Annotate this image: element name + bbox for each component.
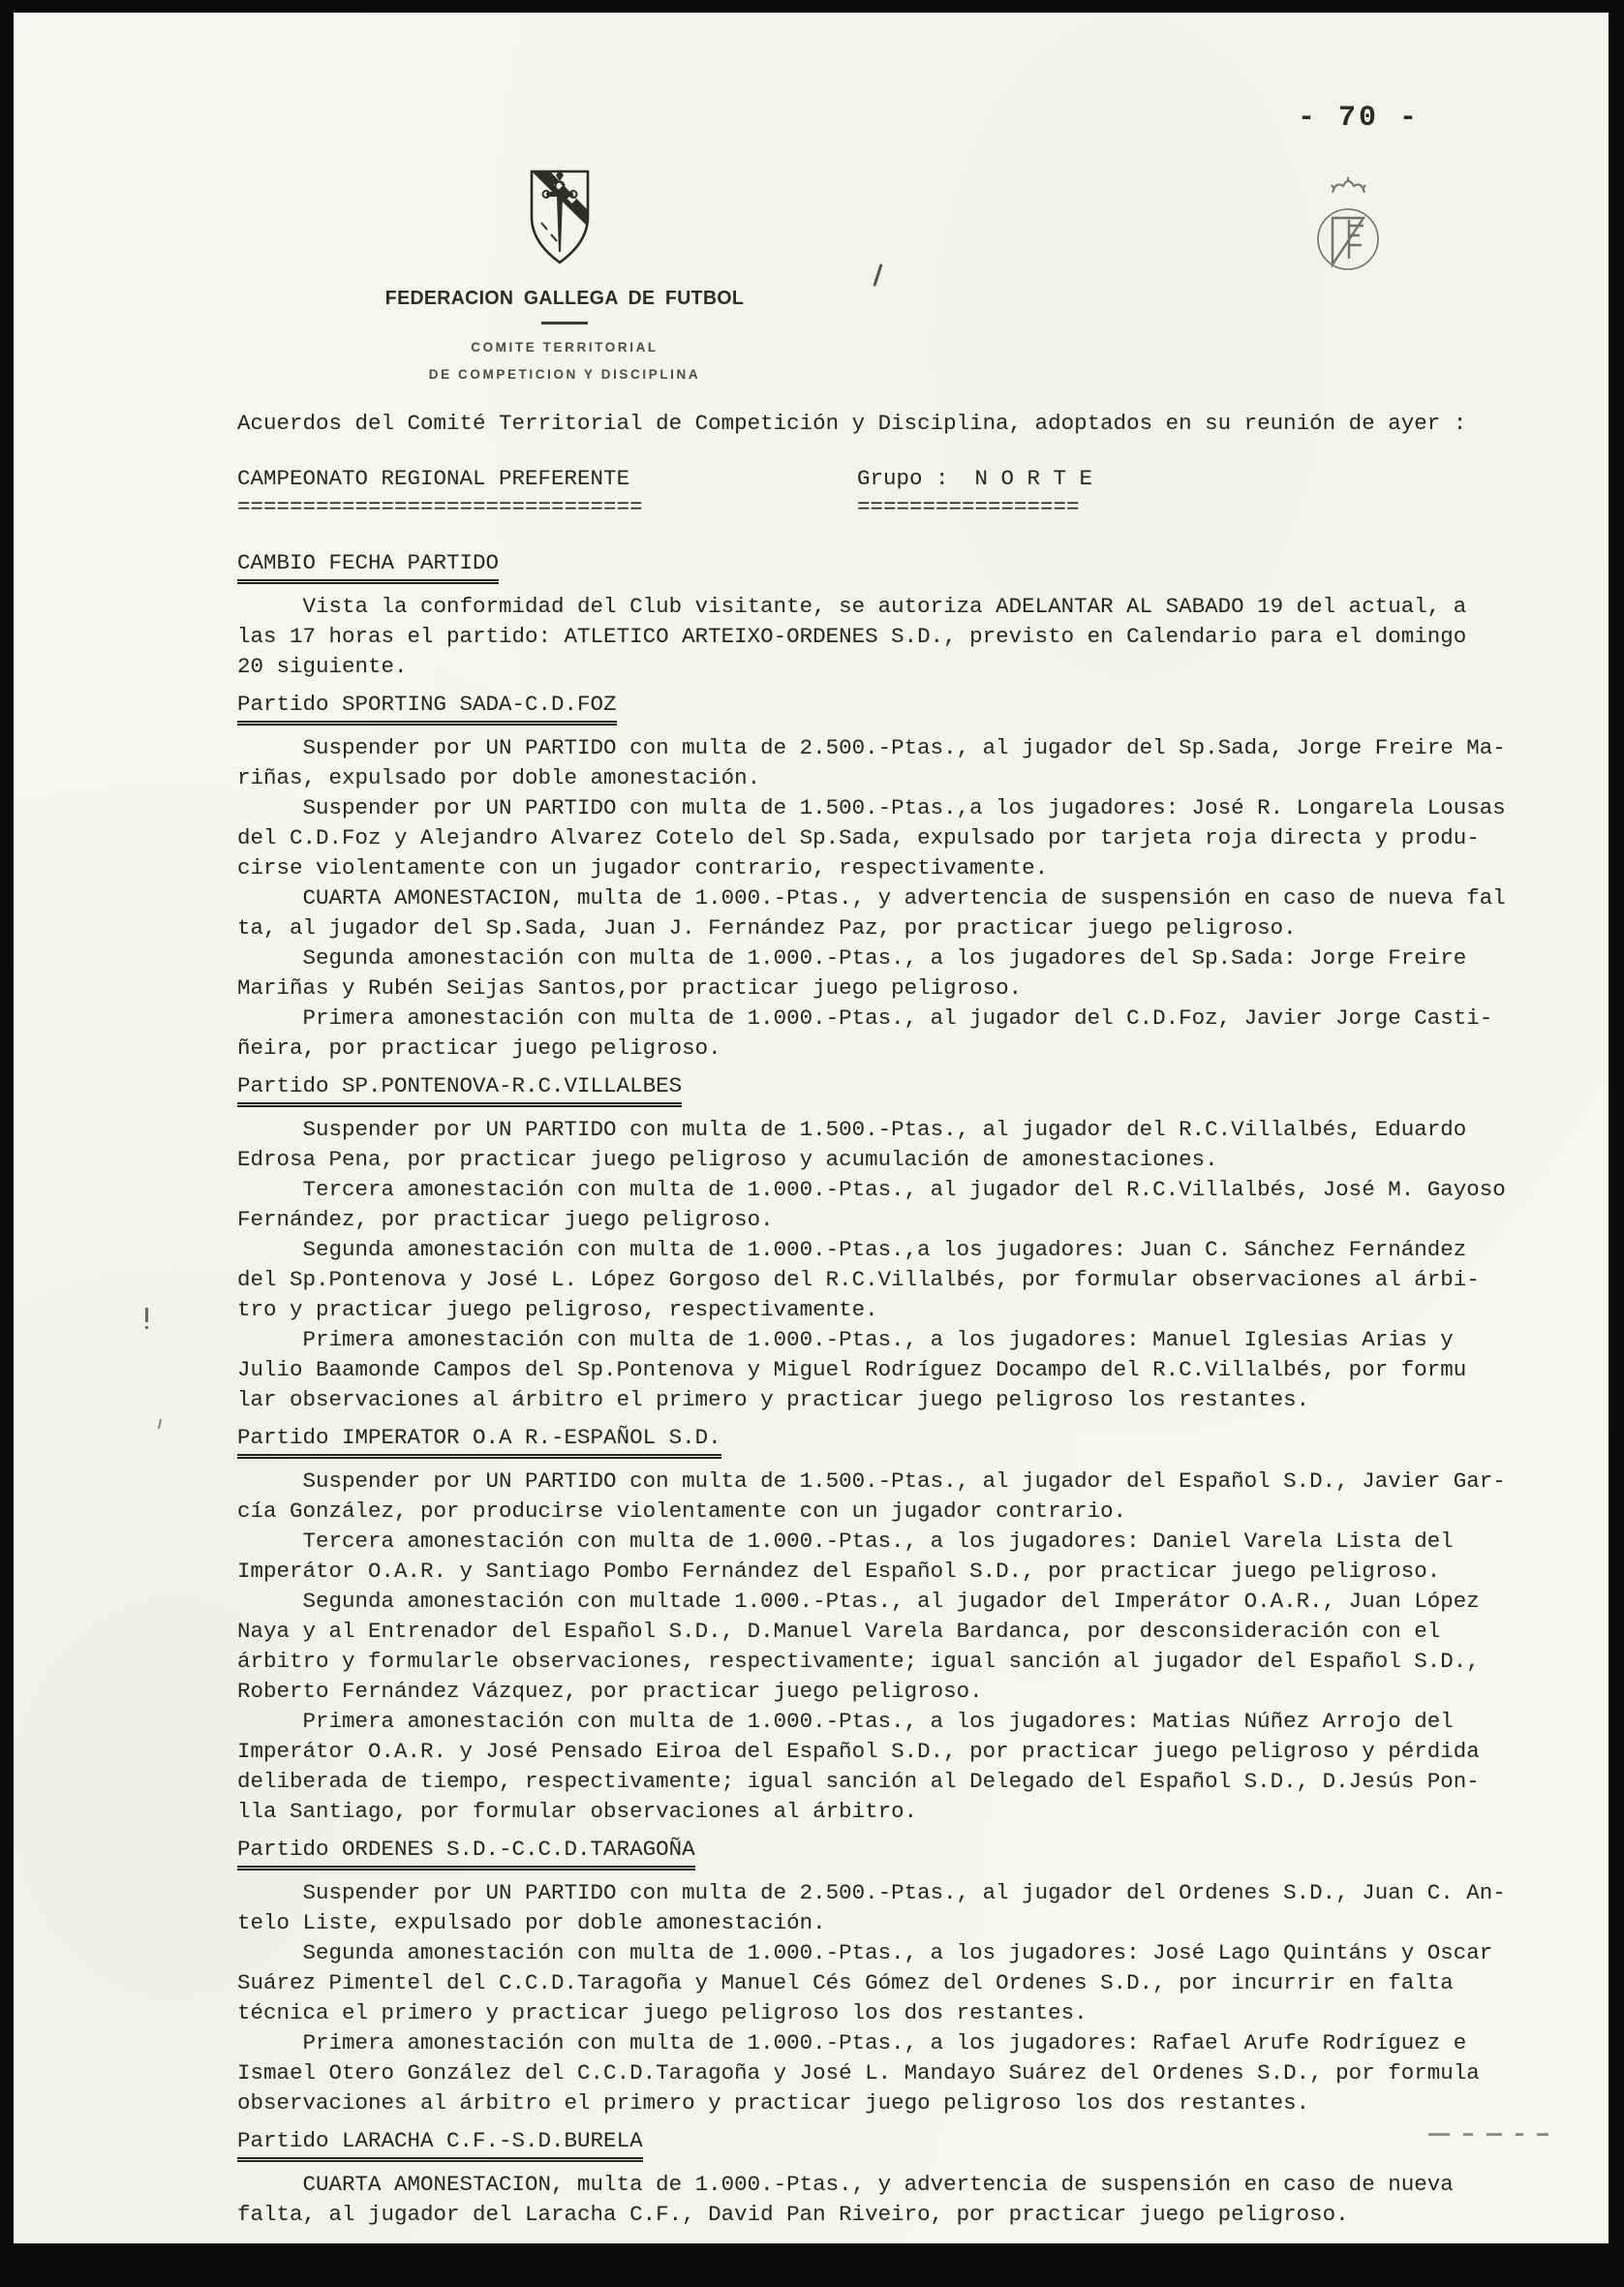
org-name: FEDERACION GALLEGA DE FUTBOL	[381, 287, 749, 310]
section-sporting-sada-foz: Partido SPORTING SADA-C.D.FOZ Suspender …	[237, 690, 1593, 1064]
championship-title-block: CAMPEONATO REGIONAL PREFERENTE =========…	[237, 464, 857, 519]
committee-line-2: DE COMPETICION Y DISCIPLINA	[371, 361, 758, 388]
group-title-rule: =================	[857, 494, 1092, 519]
ruling-paragraph: Primera amonestación con multa de 1.000.…	[237, 1004, 1593, 1064]
section-laracha-burela: Partido LARACHA C.F.-S.D.BURELA CUARTA A…	[237, 2126, 1593, 2230]
ruling-paragraph: Vista la conformidad del Club visitante,…	[237, 592, 1593, 682]
federation-crest-icon	[528, 167, 592, 272]
section-pontenova-villalbes: Partido SP.PONTENOVA-R.C.VILLALBES Suspe…	[237, 1071, 1593, 1415]
federation-stamp-icon	[1309, 170, 1387, 300]
ruling-paragraph: Suspender por UN PARTIDO con multa de 2.…	[237, 1878, 1593, 1938]
ruling-paragraph: Suspender por UN PARTIDO con multa de 1.…	[237, 1115, 1593, 1175]
championship-title-rule: ===============================	[237, 494, 857, 519]
document-body: Acuerdos del Comité Territorial de Compe…	[237, 409, 1593, 2238]
section-cambio-fecha: CAMBIO FECHA PARTIDO Vista la conformida…	[237, 548, 1593, 682]
ruling-paragraph: Segunda amonestación con multa de 1.000.…	[237, 943, 1593, 1004]
ruling-paragraph: Suspender por UN PARTIDO con multa de 1.…	[237, 1467, 1593, 1527]
section-heading: Partido SP.PONTENOVA-R.C.VILLALBES	[237, 1071, 682, 1107]
section-heading: Partido SPORTING SADA-C.D.FOZ	[237, 690, 617, 726]
ruling-paragraph: Suspender por UN PARTIDO con multa de 1.…	[237, 793, 1593, 883]
ruling-paragraph: Primera amonestación con multa de 1.000.…	[237, 1707, 1593, 1827]
section-imperator-espanol: Partido IMPERATOR O.A R.-ESPAÑOL S.D. Su…	[237, 1423, 1593, 1827]
section-heading: Partido IMPERATOR O.A R.-ESPAÑOL S.D.	[237, 1423, 721, 1459]
group-title: Grupo : N O R T E	[857, 464, 1092, 494]
scanned-document-page: { "page": { "number": "- 70 -", "header"…	[0, 0, 1624, 2287]
section-heading: CAMBIO FECHA PARTIDO	[237, 548, 499, 584]
ruling-paragraph: Suspender por UN PARTIDO con multa de 2.…	[237, 733, 1593, 793]
page-number: - 70 -	[1298, 102, 1420, 135]
document-paper: - 70 - FEDERACION GALLEGA DE FUTBOL COMI…	[14, 13, 1609, 2243]
intro-line: Acuerdos del Comité Territorial de Compe…	[237, 409, 1593, 439]
ruling-paragraph: Tercera amonestación con multa de 1.000.…	[237, 1527, 1593, 1587]
ruling-paragraph: Segunda amonestación con multa de 1.000.…	[237, 1235, 1593, 1325]
ruling-paragraph: Segunda amonestación con multade 1.000.-…	[237, 1587, 1593, 1707]
letterhead-divider	[541, 322, 588, 325]
ruling-paragraph: CUARTA AMONESTACION, multa de 1.000.-Pta…	[237, 2170, 1593, 2230]
ruling-paragraph: Segunda amonestación con multa de 1.000.…	[237, 1938, 1593, 2028]
scan-artifact-dashes	[1428, 2133, 1548, 2136]
scan-artifact-tick	[158, 1419, 162, 1429]
championship-title: CAMPEONATO REGIONAL PREFERENTE	[237, 464, 857, 494]
section-heading: Partido ORDENES S.D.-C.C.D.TARAGOÑA	[237, 1835, 695, 1870]
scan-artifact-slash	[873, 263, 882, 287]
scan-artifact-exclamation	[145, 1308, 148, 1322]
committee-line-1: COMITE TERRITORIAL	[371, 334, 758, 361]
ruling-paragraph: Primera amonestación con multa de 1.000.…	[237, 2028, 1593, 2118]
ruling-paragraph: Tercera amonestación con multa de 1.000.…	[237, 1175, 1593, 1235]
section-ordenes-taragona: Partido ORDENES S.D.-C.C.D.TARAGOÑA Susp…	[237, 1835, 1593, 2118]
group-title-block: Grupo : N O R T E =================	[857, 464, 1092, 519]
ruling-paragraph: Primera amonestación con multa de 1.000.…	[237, 1325, 1593, 1415]
championship-row: CAMPEONATO REGIONAL PREFERENTE =========…	[237, 464, 1593, 519]
ruling-paragraph: CUARTA AMONESTACION, multa de 1.000.-Pta…	[237, 883, 1593, 943]
section-heading: Partido LARACHA C.F.-S.D.BURELA	[237, 2126, 643, 2162]
letterhead: FEDERACION GALLEGA DE FUTBOL COMITE TERR…	[371, 287, 758, 388]
